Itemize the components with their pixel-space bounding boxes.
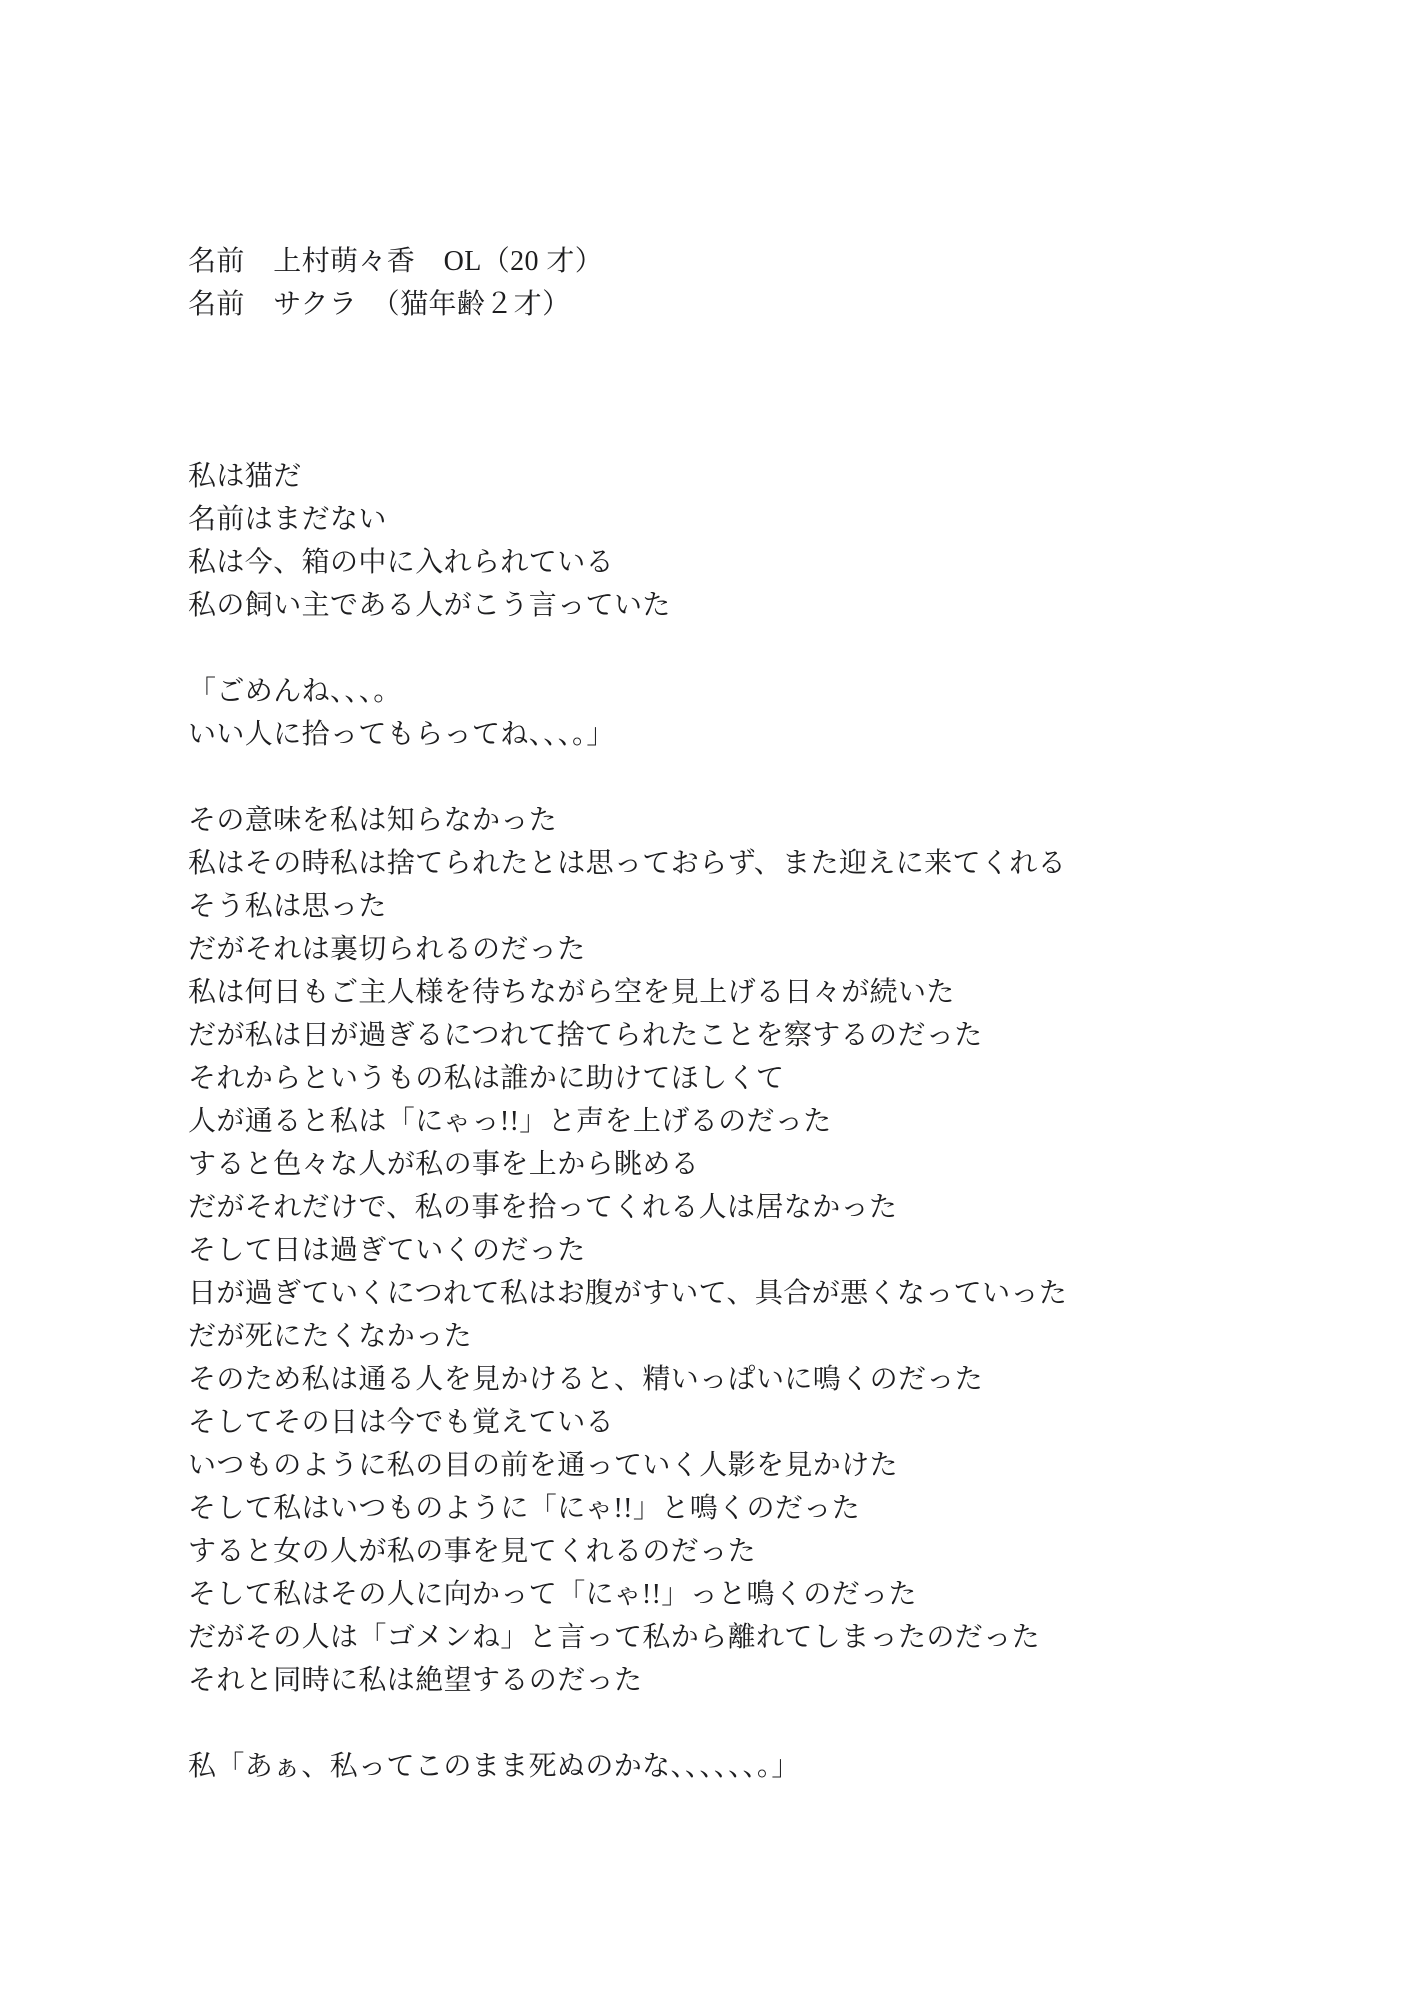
- story-line: それと同時に私は絶望するのだった: [188, 1659, 1328, 1702]
- story-line: そう私は思った: [188, 885, 1328, 928]
- document-text-block: 名前 上村萌々香 OL（20 才） 名前 サクラ （猫年齢２才） 私は猫だ 名前…: [188, 240, 1328, 1788]
- story-line: 人が通ると私は「にゃっ!!」と声を上げるのだった: [188, 1100, 1328, 1143]
- story-line: そして私はいつものように「にゃ!!」と鳴くのだった: [188, 1487, 1328, 1530]
- story-line: だが私は日が過ぎるにつれて捨てられたことを察するのだった: [188, 1014, 1328, 1057]
- story-line: 私は今、箱の中に入れられている: [188, 541, 1328, 584]
- story-line: すると色々な人が私の事を上から眺める: [188, 1143, 1328, 1186]
- story-line: 私は猫だ: [188, 455, 1328, 498]
- story-line: だがその人は「ゴメンね」と言って私から離れてしまったのだった: [188, 1616, 1328, 1659]
- story-line: その意味を私は知らなかった: [188, 799, 1328, 842]
- story-line: だが死にたくなかった: [188, 1315, 1328, 1358]
- story-line: そして私はその人に向かって「にゃ!!」っと鳴くのだった: [188, 1573, 1328, 1616]
- story-line: 日が過ぎていくにつれて私はお腹がすいて、具合が悪くなっていった: [188, 1272, 1328, 1315]
- story-line: だがそれは裏切られるのだった: [188, 928, 1328, 971]
- story-line: そのため私は通る人を見かけると、精いっぱいに鳴くのだった: [188, 1358, 1328, 1401]
- dialogue-line: 「ごめんね、、、。: [188, 670, 1328, 713]
- character-name-line: 名前 サクラ （猫年齢２才）: [188, 283, 1328, 326]
- blank-line: [188, 627, 1328, 670]
- story-line: 私の飼い主である人がこう言っていた: [188, 584, 1328, 627]
- blank-line: [188, 326, 1328, 369]
- document-page: 名前 上村萌々香 OL（20 才） 名前 サクラ （猫年齢２才） 私は猫だ 名前…: [0, 0, 1414, 2000]
- blank-line: [188, 756, 1328, 799]
- blank-line: [188, 369, 1328, 412]
- story-line: いつものように私の目の前を通っていく人影を見かけた: [188, 1444, 1328, 1487]
- dialogue-line: 私「あぁ、私ってこのまま死ぬのかな、、、、、、。」: [188, 1745, 1328, 1788]
- story-line: 名前はまだない: [188, 498, 1328, 541]
- blank-line: [188, 1702, 1328, 1745]
- story-line: 私はその時私は捨てられたとは思っておらず、また迎えに来てくれる: [188, 842, 1328, 885]
- story-line: そして日は過ぎていくのだった: [188, 1229, 1328, 1272]
- story-line: それからというもの私は誰かに助けてほしくて: [188, 1057, 1328, 1100]
- blank-line: [188, 412, 1328, 455]
- story-line: だがそれだけで、私の事を拾ってくれる人は居なかった: [188, 1186, 1328, 1229]
- story-line: そしてその日は今でも覚えている: [188, 1401, 1328, 1444]
- story-line: 私は何日もご主人様を待ちながら空を見上げる日々が続いた: [188, 971, 1328, 1014]
- story-line: すると女の人が私の事を見てくれるのだった: [188, 1530, 1328, 1573]
- dialogue-line: いい人に拾ってもらってね、、、。」: [188, 713, 1328, 756]
- character-name-line: 名前 上村萌々香 OL（20 才）: [188, 240, 1328, 283]
